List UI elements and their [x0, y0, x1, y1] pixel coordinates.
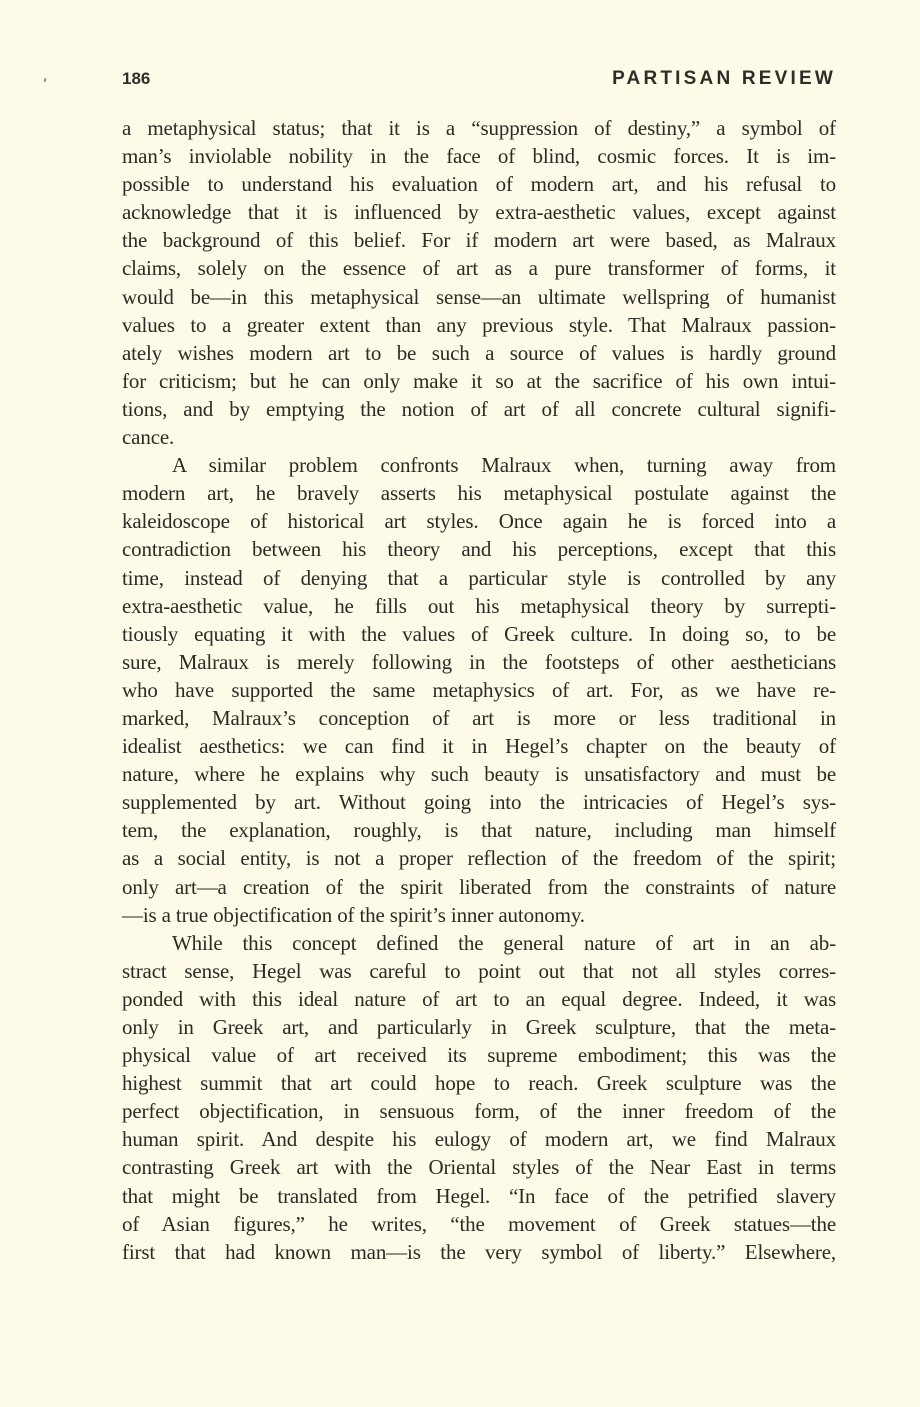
text-line: for criticism; but he can only make it s…: [122, 367, 836, 395]
text-line: supplemented by art. Without going into …: [122, 788, 836, 816]
text-line: idealist aesthetics: we can find it in H…: [122, 732, 836, 760]
text-line: modern art, he bravely asserts his metap…: [122, 479, 836, 507]
text-line: acknowledge that it is influenced by ext…: [122, 198, 836, 226]
paragraph-first-line: A similar problem confronts Malraux when…: [122, 451, 836, 479]
text-line: ately wishes modern art to be such a sou…: [122, 339, 836, 367]
journal-title: PARTISAN REVIEW: [612, 68, 836, 90]
page-number: 186: [122, 69, 150, 89]
text-line: extra-aesthetic value, he fills out his …: [122, 592, 836, 620]
text-line: of Asian figures,” he writes, “the movem…: [122, 1210, 836, 1238]
text-line: only in Greek art, and particularly in G…: [122, 1013, 836, 1041]
text-line: as a social entity, is not a proper refl…: [122, 844, 836, 872]
text-line: physical value of art received its supre…: [122, 1041, 836, 1069]
text-line: nature, where he explains why such beaut…: [122, 760, 836, 788]
text-line: ponded with this ideal nature of art to …: [122, 985, 836, 1013]
body-text: a metaphysical status; that it is a “sup…: [122, 114, 836, 1266]
text-line: contrasting Greek art with the Oriental …: [122, 1153, 836, 1181]
text-line: human spirit. And despite his eulogy of …: [122, 1125, 836, 1153]
text-line: sure, Malraux is merely following in the…: [122, 648, 836, 676]
text-line: man’s inviolable nobility in the face of…: [122, 142, 836, 170]
text-line: marked, Malraux’s conception of art is m…: [122, 704, 836, 732]
text-line: tem, the explanation, roughly, is that n…: [122, 816, 836, 844]
text-line: time, instead of denying that a particul…: [122, 564, 836, 592]
text-line: first that had known man—is the very sym…: [122, 1238, 836, 1266]
text-line: —is a true objectification of the spirit…: [122, 901, 836, 929]
text-line: highest summit that art could hope to re…: [122, 1069, 836, 1097]
text-line: that might be translated from Hegel. “In…: [122, 1182, 836, 1210]
text-line: who have supported the same metaphysics …: [122, 676, 836, 704]
text-line: possible to understand his evaluation of…: [122, 170, 836, 198]
document-page: 186 PARTISAN REVIEW a metaphysical statu…: [0, 0, 920, 1407]
text-line: tiously equating it with the values of G…: [122, 620, 836, 648]
paragraph-first-line: While this concept defined the general n…: [122, 929, 836, 957]
text-line: only art—a creation of the spirit libera…: [122, 873, 836, 901]
text-line: perfect objectification, in sensuous for…: [122, 1097, 836, 1125]
text-line: cance.: [122, 423, 836, 451]
text-line: kaleidoscope of historical art styles. O…: [122, 507, 836, 535]
text-line: tions, and by emptying the notion of art…: [122, 395, 836, 423]
text-line: contradiction between his theory and his…: [122, 535, 836, 563]
text-line: values to a greater extent than any prev…: [122, 311, 836, 339]
margin-speck: [44, 78, 47, 82]
text-line: claims, solely on the essence of art as …: [122, 254, 836, 282]
text-line: a metaphysical status; that it is a “sup…: [122, 114, 836, 142]
text-line: would be—in this metaphysical sense—an u…: [122, 283, 836, 311]
text-line: the background of this belief. For if mo…: [122, 226, 836, 254]
text-line: stract sense, Hegel was careful to point…: [122, 957, 836, 985]
running-head: 186 PARTISAN REVIEW: [122, 68, 836, 94]
